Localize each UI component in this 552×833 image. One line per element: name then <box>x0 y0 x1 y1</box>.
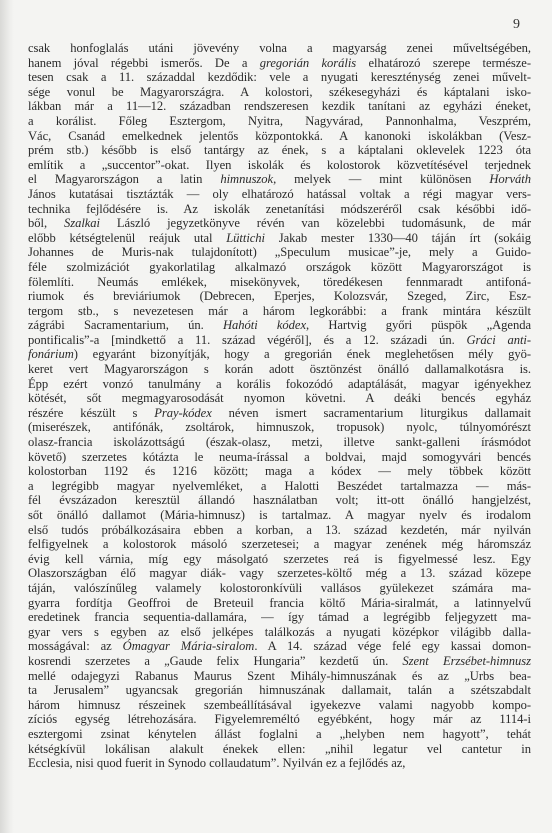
text-line: részére készült s Pray-kódex néven ismer… <box>28 406 531 421</box>
text-run: kosrendi szerzetes a „Gaude felix Hungar… <box>28 654 402 668</box>
text-run: esztergomi zsinat kénytelen állást fogla… <box>28 727 531 741</box>
text-run: első tudós próbálkozásaira ebben a korba… <box>28 523 531 537</box>
text-run: Épp ezért vonzó tanulmány a korális foko… <box>28 377 531 391</box>
text-run: ből, <box>28 216 64 230</box>
text-line: Olaszországban élő magyar diák- vagy sze… <box>28 566 531 581</box>
text-line: tergom stb., s nevezetesen már a három l… <box>28 304 531 319</box>
text-run: lákban már a 11—12. században rendszeres… <box>28 99 531 113</box>
text-run: tesen csak a 11. századdal kezdődik: vel… <box>28 70 531 84</box>
italic-term: Ómagyar Mária-siralom <box>123 639 255 653</box>
text-line: csak honfoglalás utáni jövevény volna a … <box>28 41 531 56</box>
text-run: tergom stb., s nevezetesen már a három l… <box>28 304 531 318</box>
text-run: évig kell várnia, míg egy másolgató szer… <box>28 552 531 566</box>
text-line: sőt önálló dallamot (Mária-himnusz) is t… <box>28 508 531 523</box>
text-run: Ecclesia, nisi quod fuerit in Synodo col… <box>28 756 405 770</box>
text-run: részére készült s <box>28 406 154 420</box>
italic-term: Pray-kódex <box>154 406 212 420</box>
text-line: előbb kétségtelenül reájuk utal Lüttichi… <box>28 231 531 246</box>
text-run: említik a „succentor”-okat. Ilyen iskolá… <box>28 158 531 172</box>
italic-term: gregorián korális <box>260 56 356 70</box>
text-run: a legrégibb magyar nyelvemléket, a Halot… <box>28 479 531 493</box>
text-run: Vác, Csanád emelkednek jelentős központo… <box>28 129 531 143</box>
text-line: zágrábi Sacramentarium, ún. Hahóti kódex… <box>28 318 531 333</box>
text-line: esztergomi zsinat kénytelen állást fogla… <box>28 727 531 742</box>
text-run: kötését, sőt megmagyarosodását nyomon kö… <box>28 391 531 405</box>
text-line: kosrendi szerzetes a „Gaude felix Hungar… <box>28 654 531 669</box>
text-run: Jakab mester 1330—40 táján írt (sokáig <box>265 231 531 245</box>
page-number: 9 <box>513 17 520 33</box>
text-line: felfigyelnek a kolostorok másoló szerzet… <box>28 537 531 552</box>
text-line: mellé odajegyzi Rabanus Maurus Szent Mih… <box>28 669 531 684</box>
text-run: fölemlíti. Neumás emlékek, misekönyvek, … <box>28 275 531 289</box>
text-run: csak honfoglalás utáni jövevény volna a … <box>28 41 531 55</box>
text-line: gyar vers s egyben az első jelképes talá… <box>28 625 531 640</box>
text-run: eredetinek francia sequentia-dallamára, … <box>28 610 531 624</box>
text-line: riumok és breviáriumok (Debrecen, Eperje… <box>28 289 531 304</box>
text-run: prém stb.) később is első tantárgy az én… <box>28 143 531 157</box>
text-line: (miserészek, antifónák, zsoltárok, himnu… <box>28 420 531 435</box>
text-run: gyar vers s egyben az első jelképes talá… <box>28 625 531 639</box>
text-line: Vác, Csanád emelkednek jelentős központo… <box>28 129 531 144</box>
text-run: keret vert Magyarországon s korán adott … <box>28 362 531 376</box>
text-run: felfigyelnek a kolostorok másoló szerzet… <box>28 537 531 551</box>
text-run: mosságával: az <box>28 639 123 653</box>
text-run: követő) szerzetes kótázta le neuma-íráss… <box>28 450 531 464</box>
text-line: kétségkívül lokálisan alakult énekek ell… <box>28 742 531 757</box>
text-run: ) egyaránt bizonyítják, hogy a gregorián… <box>74 347 531 361</box>
text-run: zágrábi Sacramentarium, ún. <box>28 318 223 332</box>
text-line: kolostorban 1192 és 1216 között; maga a … <box>28 464 531 479</box>
text-line: fölemlíti. Neumás emlékek, misekönyvek, … <box>28 275 531 290</box>
text-run: gyarra fordítja Geoffroi de Breteuil fra… <box>28 596 531 610</box>
text-run: , Hartvig győri püspök „Agenda <box>306 318 531 332</box>
text-run: elhatározó szerepe természe- <box>356 56 531 70</box>
text-line: sége vonul be Magyarországra. A kolostor… <box>28 85 531 100</box>
text-line: fél évszázadon keresztül állandó használ… <box>28 493 531 508</box>
text-run: ta Jerusalem” ugyancsak gregorián himnus… <box>28 683 531 697</box>
text-line: János kutatásai tisztázták — oly elhatár… <box>28 187 531 202</box>
italic-term: Horváth <box>489 172 531 186</box>
text-line: eredetinek francia sequentia-dallamára, … <box>28 610 531 625</box>
text-line: említik a „succentor”-okat. Ilyen iskolá… <box>28 158 531 173</box>
text-line: Johannes de Muris-nak tulajdonított) „Sp… <box>28 245 531 260</box>
text-run: Johannes de Muris-nak tulajdonított) „Sp… <box>28 245 531 259</box>
text-run: László jegyzetkönyve révén van közelebbi… <box>100 216 531 230</box>
text-run: hanem jóval régebbi ismerős. De a <box>28 56 260 70</box>
page-edge-shadow <box>0 0 14 833</box>
italic-term: Hahóti kódex <box>223 318 306 332</box>
text-line: tesen csak a 11. századdal kezdődik: vel… <box>28 70 531 85</box>
text-run: kétségkívül lokálisan alakult énekek ell… <box>28 742 531 756</box>
text-line: Ecclesia, nisi quod fuerit in Synodo col… <box>28 756 531 771</box>
text-line: a legrégibb magyar nyelvemléket, a Halot… <box>28 479 531 494</box>
text-run: féle szolmizációt gyakorlatilag alkalmaz… <box>28 260 531 274</box>
italic-term: fonárium <box>28 347 74 361</box>
text-run: három himnusz részeinek szembeállításáva… <box>28 698 531 712</box>
text-line: ta Jerusalem” ugyancsak gregorián himnus… <box>28 683 531 698</box>
text-run: Olaszországban élő magyar diák- vagy sze… <box>28 566 531 580</box>
text-line: lákban már a 11—12. században rendszeres… <box>28 99 531 114</box>
text-run: a korálist. Főleg Esztergom, Nyitra, Nag… <box>28 114 531 128</box>
text-line: első tudós próbálkozásaira ebben a korba… <box>28 523 531 538</box>
text-line: kötését, sőt megmagyarosodását nyomon kö… <box>28 391 531 406</box>
text-run: mellé odajegyzi Rabanus Maurus Szent Mih… <box>28 669 531 683</box>
text-run: el Magyarországon a latin <box>28 172 220 186</box>
text-run: zíciós egység létrehozására. Figyelemrem… <box>28 712 531 726</box>
text-line: táján, valószínűleg valamely kolostoronk… <box>28 581 531 596</box>
text-run: olasz-francia iskolázottságú (észak-olas… <box>28 435 531 449</box>
italic-term: Gráci anti- <box>467 333 532 347</box>
text-line: ből, Szalkai László jegyzetkönyve révén … <box>28 216 531 231</box>
text-line: féle szolmizációt gyakorlatilag alkalmaz… <box>28 260 531 275</box>
text-run: riumok és breviáriumok (Debrecen, Eperje… <box>28 289 531 303</box>
italic-term: Lüttichi <box>226 231 265 245</box>
text-line: olasz-francia iskolázottságú (észak-olas… <box>28 435 531 450</box>
text-run: pontificalis”-a [mindkettő a 11. század … <box>28 333 467 347</box>
text-run: . A 14. század vége felé egy kassai domo… <box>254 639 531 653</box>
italic-term: Szalkai <box>64 216 100 230</box>
text-line: prém stb.) később is első tantárgy az én… <box>28 143 531 158</box>
text-line: pontificalis”-a [mindkettő a 11. század … <box>28 333 531 348</box>
text-line: három himnusz részeinek szembeállításáva… <box>28 698 531 713</box>
text-line: Épp ezért vonzó tanulmány a korális foko… <box>28 377 531 392</box>
text-line: keret vert Magyarországon s korán adott … <box>28 362 531 377</box>
text-run: (miserészek, antifónák, zsoltárok, himnu… <box>28 420 531 434</box>
text-run: , melyek — mint különösen <box>273 172 489 186</box>
text-line: el Magyarországon a latin himnuszok, mel… <box>28 172 531 187</box>
text-line: technika fejlődésére is. Az iskolák zene… <box>28 202 531 217</box>
text-line: követő) szerzetes kótázta le neuma-íráss… <box>28 450 531 465</box>
text-line: évig kell várnia, míg egy másolgató szer… <box>28 552 531 567</box>
text-run: kolostorban 1192 és 1216 között; maga a … <box>28 464 531 478</box>
text-run: előbb kétségtelenül reájuk utal <box>28 231 226 245</box>
text-run: táján, valószínűleg valamely kolostoronk… <box>28 581 531 595</box>
italic-term: himnuszok <box>220 172 273 186</box>
text-line: zíciós egység létrehozására. Figyelemrem… <box>28 712 531 727</box>
italic-term: Szent Erzsébet-himnusz <box>402 654 531 668</box>
text-line: gyarra fordítja Geoffroi de Breteuil fra… <box>28 596 531 611</box>
body-text: csak honfoglalás utáni jövevény volna a … <box>28 41 531 771</box>
text-run: sége vonul be Magyarországra. A kolostor… <box>28 85 531 99</box>
text-run: János kutatásai tisztázták — oly elhatár… <box>28 187 531 201</box>
text-run: sőt önálló dallamot (Mária-himnusz) is t… <box>28 508 531 522</box>
text-run: néven ismert sacramentarium liturgikus d… <box>212 406 531 420</box>
text-line: hanem jóval régebbi ismerős. De a gregor… <box>28 56 531 71</box>
text-run: fél évszázadon keresztül állandó használ… <box>28 493 531 507</box>
text-line: fonárium) egyaránt bizonyítják, hogy a g… <box>28 347 531 362</box>
text-run: technika fejlődésére is. Az iskolák zene… <box>28 202 531 216</box>
text-line: a korálist. Főleg Esztergom, Nyitra, Nag… <box>28 114 531 129</box>
text-line: mosságával: az Ómagyar Mária-siralom. A … <box>28 639 531 654</box>
